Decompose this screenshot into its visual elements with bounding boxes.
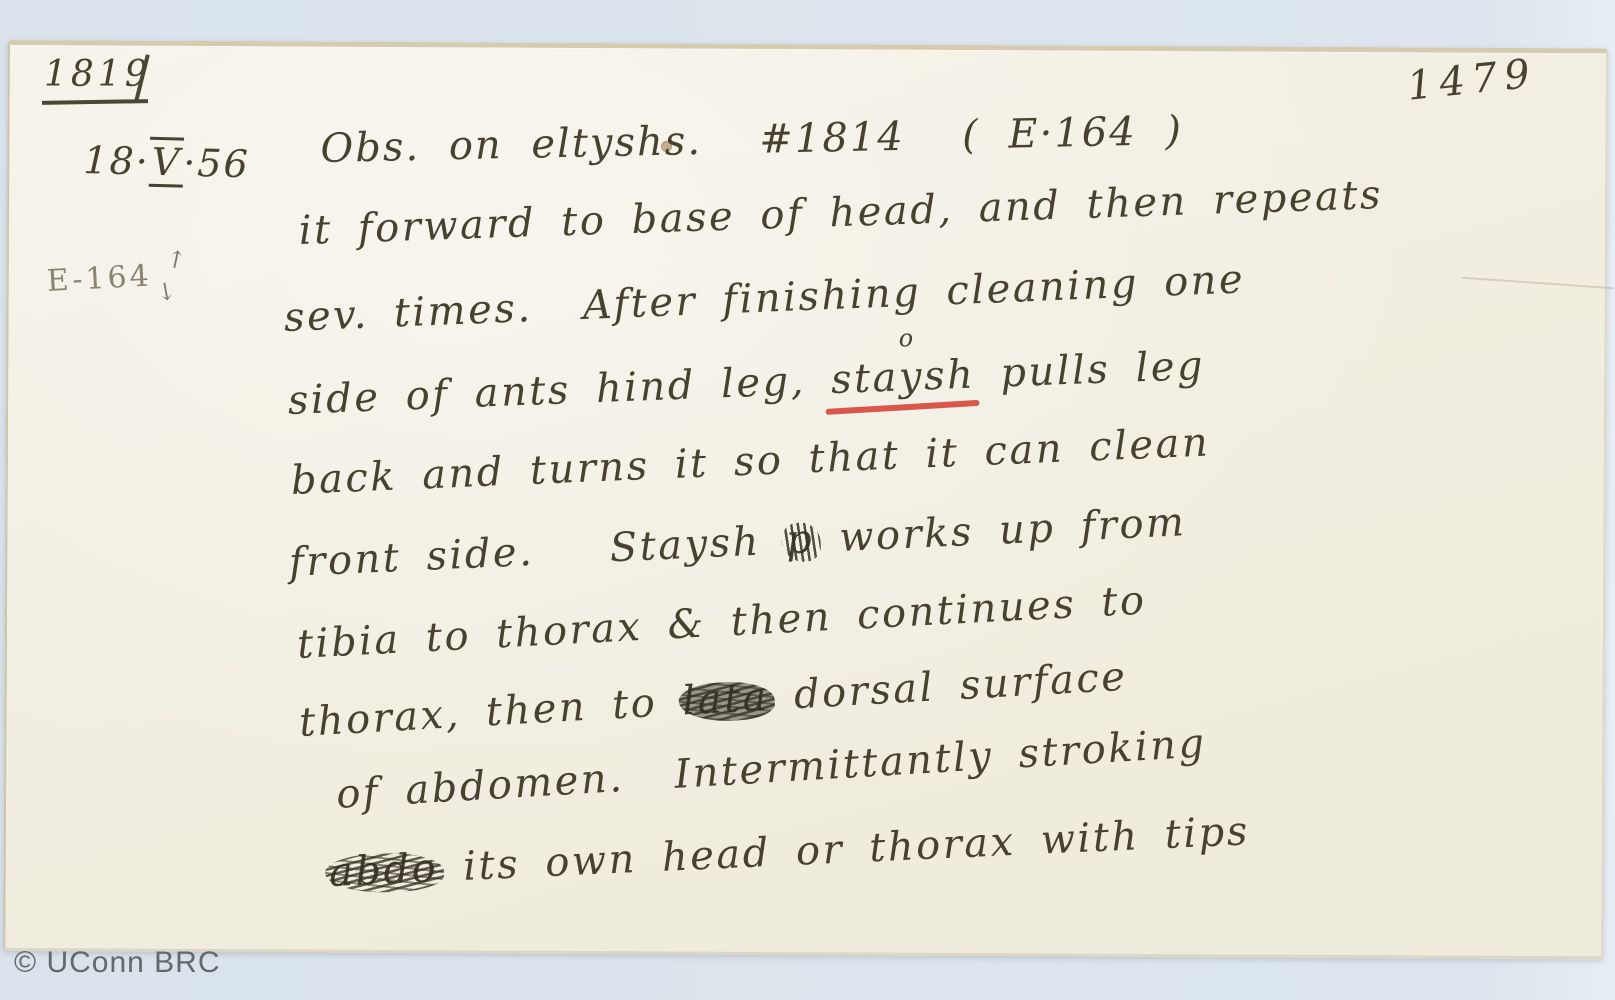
date-year: 56	[197, 141, 250, 186]
date-separator-2: ·	[183, 141, 198, 185]
red-underlined-word: staysho	[830, 352, 976, 404]
date-day: 18	[83, 138, 136, 183]
line-3-text-after: pulls leg	[974, 343, 1206, 398]
date-month-roman: V	[149, 137, 184, 188]
red-underlined-word-text: staysh	[830, 352, 976, 404]
scribbled-out-word-heavy: lata	[681, 674, 770, 725]
margin-specimen-label: E-164	[46, 259, 153, 299]
scribbled-out-letter: p	[785, 516, 815, 563]
archive-watermark: © UConn BRC	[14, 946, 221, 980]
superscript-correction: o	[898, 324, 914, 353]
catalog-number-top-left: 1819	[44, 54, 152, 95]
date: 18·V·56	[83, 138, 250, 186]
scribbled-out-word: abdo	[328, 845, 439, 896]
scan-background: 1819 1479 18·V·56 Obs. on eltyshs. #1814…	[0, 0, 1615, 1000]
